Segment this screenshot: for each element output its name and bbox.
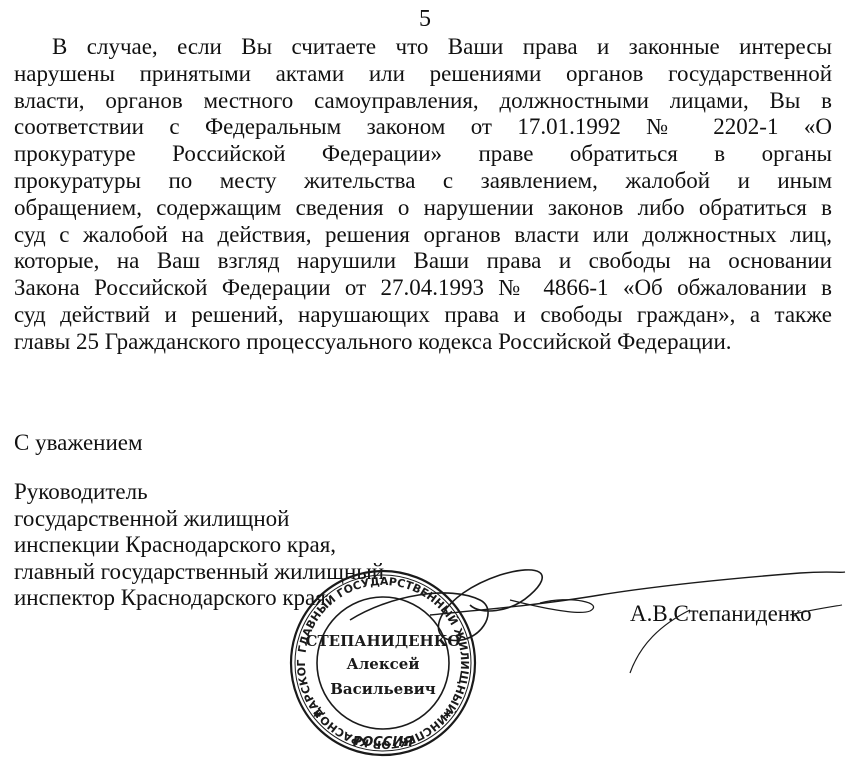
body-line: власти, органов местного самоуправления,… [14, 88, 832, 115]
body-line: Закона Российской Федерации от 27.04.199… [14, 275, 832, 302]
stamp-center-line: Алексей [347, 655, 420, 673]
body-line: суд действий и решений, нарушающих права… [14, 302, 832, 329]
svg-text:✱: ✱ [443, 710, 451, 721]
body-line: суд с жалобой на действия, решения орган… [14, 222, 832, 249]
body-line: В случае, если Вы считаете что Ваши прав… [14, 34, 832, 61]
signatory-line: Руководитель [14, 479, 384, 506]
page-number: 5 [0, 4, 850, 34]
body-paragraph: В случае, если Вы считаете что Ваши прав… [14, 34, 832, 356]
stamp-center-line: СТЕПАНИДЕНКО [306, 632, 461, 650]
svg-text:✱: ✱ [313, 710, 321, 721]
closing-salutation: С уважением [14, 429, 143, 457]
body-line: нарушены принятыми актами или решениями … [14, 61, 832, 88]
body-line: главы 25 Гражданского процессуального ко… [14, 329, 832, 356]
body-line: прокуратуре Российской Федерации» праве … [14, 141, 832, 168]
stamp-center-line: Васильевич [330, 680, 436, 698]
stamp-bottom-text: РОССИЯ [353, 735, 414, 750]
signatory-line: инспекции Краснодарского края, [14, 532, 384, 559]
signatory-line: государственной жилищной [14, 506, 384, 533]
body-line: прокуратуры по месту жительства с заявле… [14, 168, 832, 195]
body-line: которые, на Ваш взгляд нарушили Ваши пра… [14, 248, 832, 275]
official-stamp-icon: ГЛАВНЫЙ ГОСУДАРСТВЕННЫЙ ЖИЛИЩНЫЙ ИНСПЕКТ… [283, 568, 483, 758]
signature-name: А.В.Степаниденко [630, 600, 812, 628]
body-line: обращением, содержащим сведения о наруше… [14, 195, 832, 222]
body-line: соответствии с Федеральным законом от 17… [14, 114, 832, 141]
